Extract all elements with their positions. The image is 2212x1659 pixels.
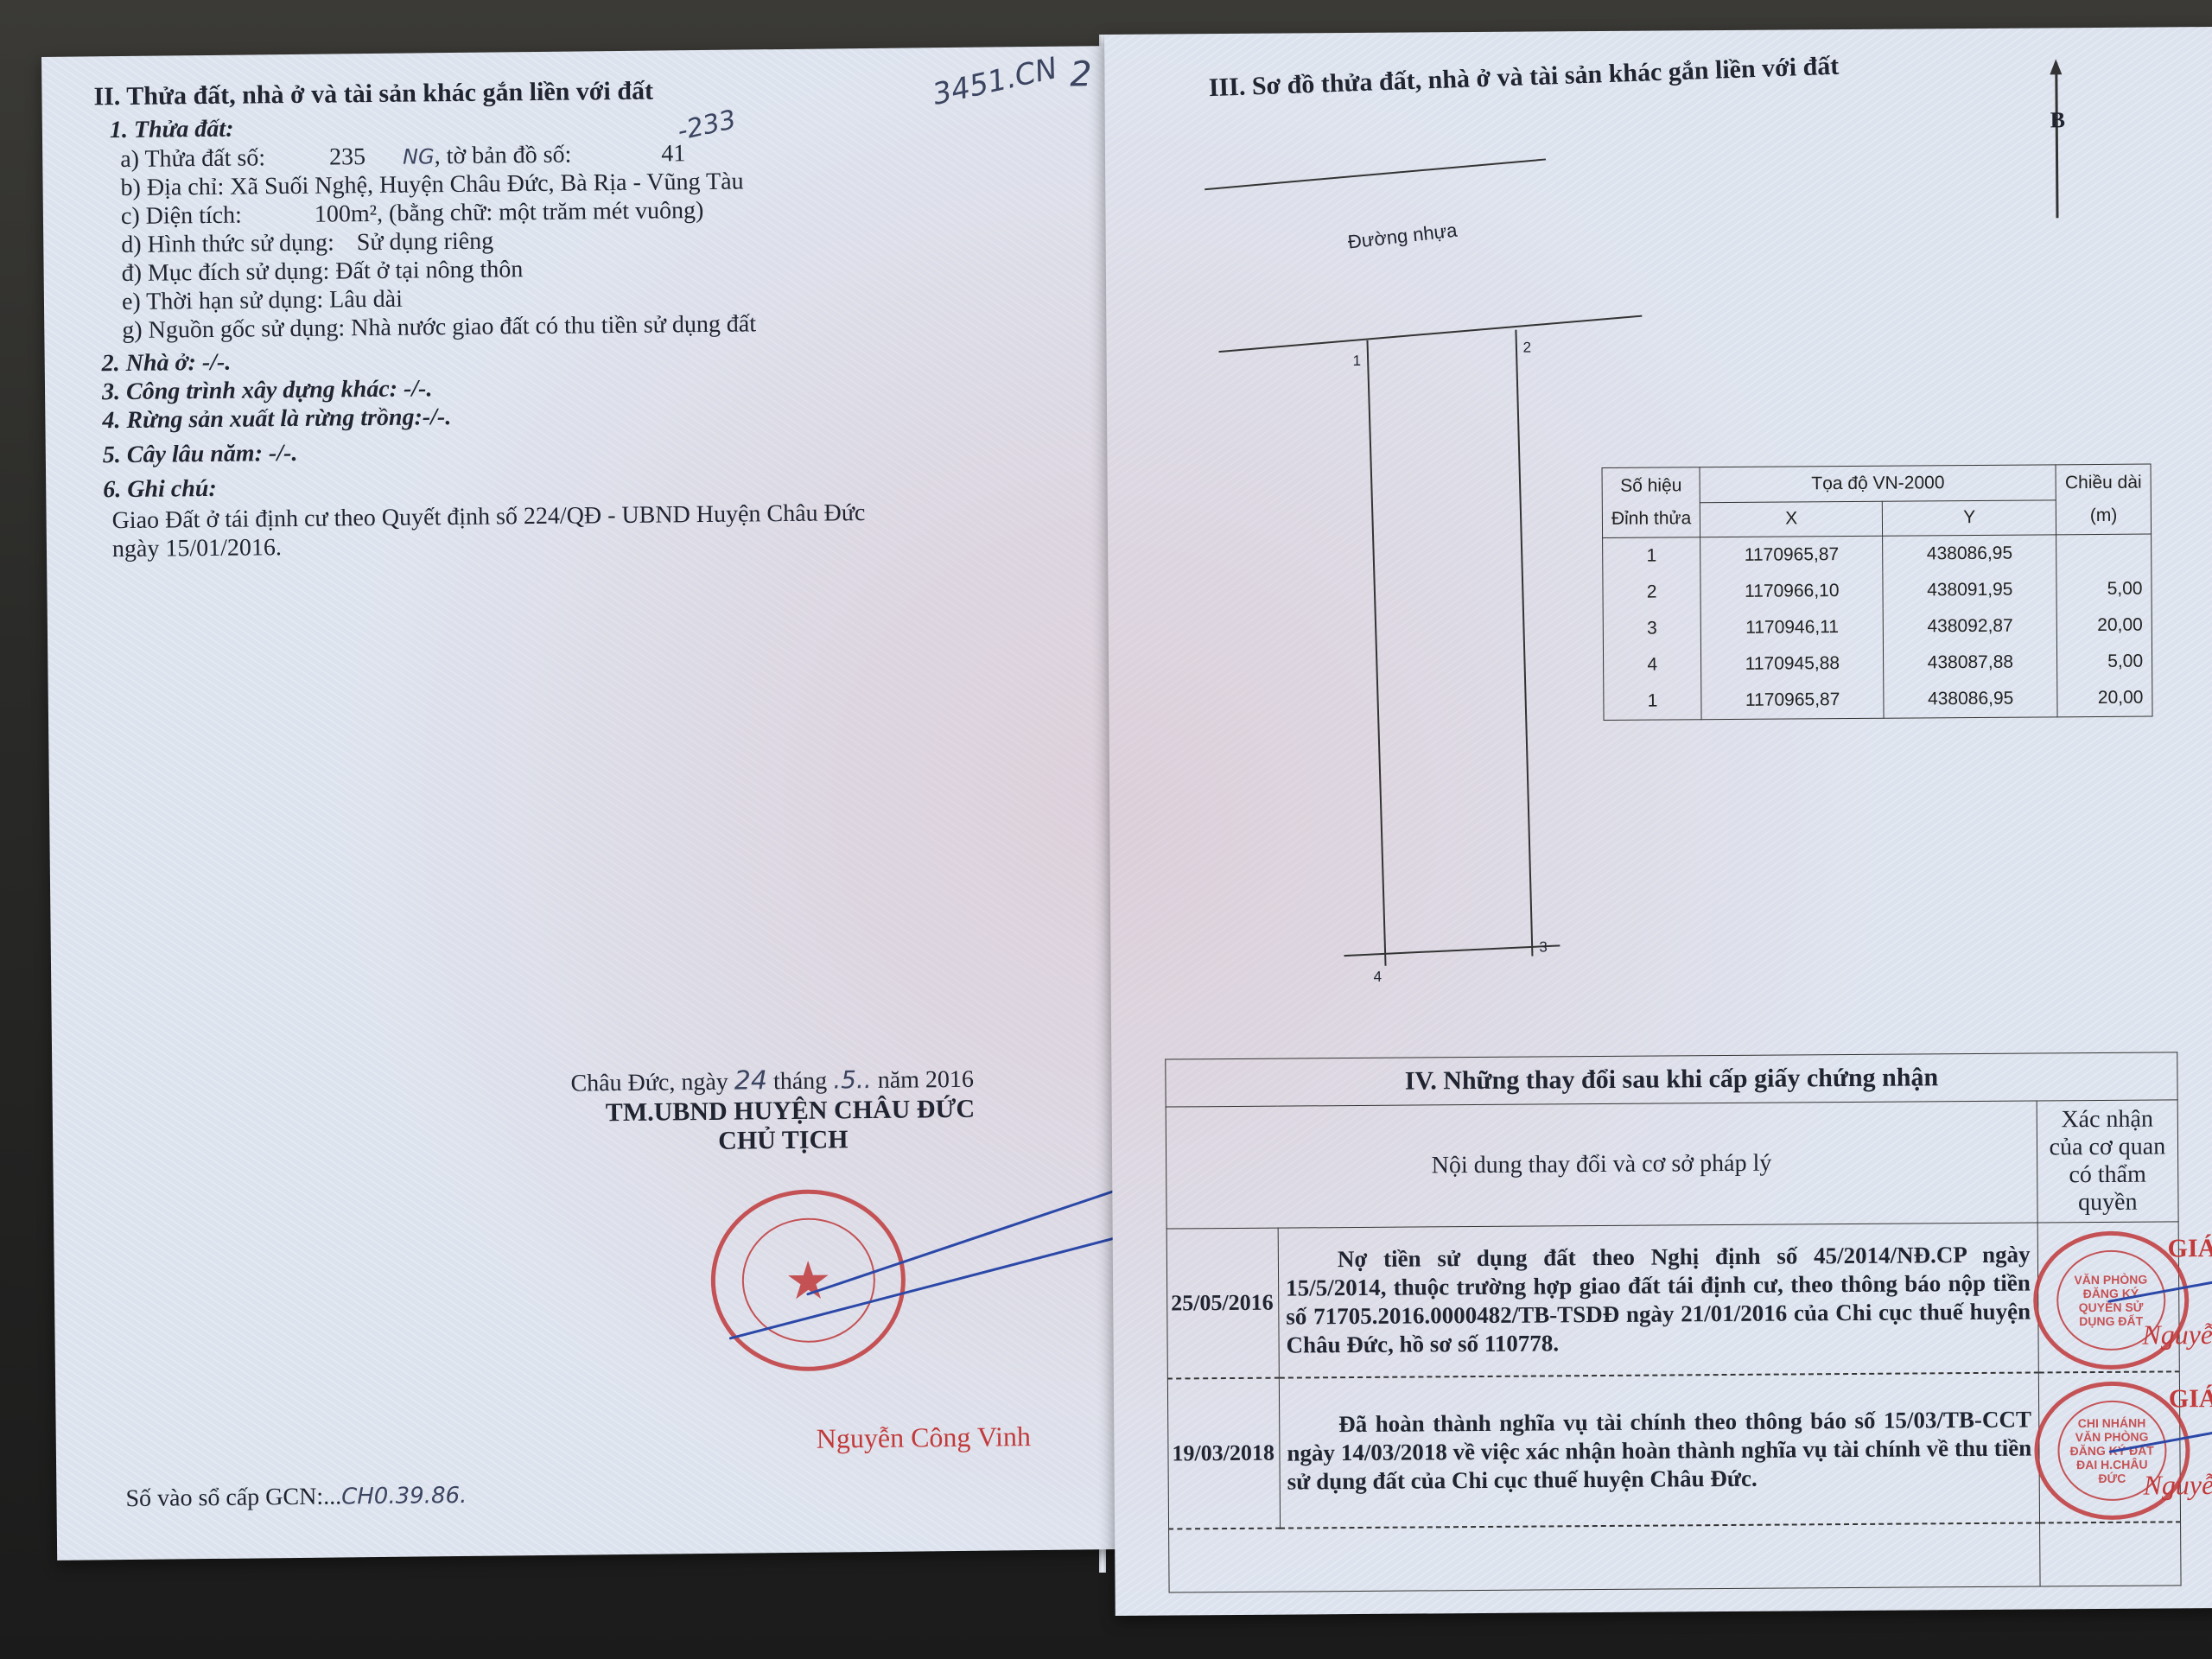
col-vertex-id-line1: Số hiệu: [1611, 469, 1692, 503]
coordinate-row: 21170966,10438091,955,00: [1603, 571, 2152, 611]
confirm-title: GIÁM ĐỐC: [2167, 1233, 2212, 1263]
coordinate-row: 41170945,88438087,885,00: [1603, 644, 2152, 683]
col-length: Chiều dài (m): [2056, 464, 2151, 535]
usage-form-value: Sử dụng riêng: [357, 228, 494, 257]
coordinate-row: 11170965,87438086,9520,00: [1604, 680, 2152, 721]
usage-origin-value: Nhà nước giao đất có thu tiền sử dụng đấ…: [351, 310, 756, 341]
vertex-id-cell: 4: [1603, 646, 1701, 683]
notes-line-1: Giao Đất ở tái định cư theo Quyết định s…: [111, 499, 865, 535]
signer-title: CHỦ TỊCH: [718, 1125, 849, 1156]
coordinate-row: 31170946,11438092,8720,00: [1603, 607, 2152, 647]
col-vertex-id: Số hiệu Đỉnh thửa: [1602, 467, 1700, 538]
confirm-title: GIÁM ĐỐC: [2169, 1383, 2212, 1414]
usage-origin-label: g) Nguồn gốc sử dụng:: [122, 315, 345, 344]
vertex-id-cell: 2: [1603, 574, 1701, 611]
vertex-1-label: 1: [1353, 353, 1362, 370]
change-description: Đã hoàn thành nghĩa vụ tài chính theo th…: [1279, 1372, 2039, 1528]
registry-number: Số vào sổ cấp GCN:...CH0.39.86.: [125, 1482, 467, 1513]
usage-term-row: e) Thời hạn sử dụng: Lâu dài: [122, 286, 403, 316]
map-sheet-label: , tờ bản đồ số:: [434, 142, 571, 170]
changes-table: IV. Những thay đổi sau khi cấp giấy chứn…: [1165, 1052, 2181, 1592]
length-cell: 20,00: [2056, 607, 2152, 645]
vertex-2-label: 2: [1522, 340, 1531, 357]
map-sheet-handwritten: -233: [675, 105, 739, 147]
address-value: Xã Suối Nghệ, Huyện Châu Đức, Bà Rịa - V…: [230, 168, 744, 200]
certificate-right-page: III. Sơ đồ thửa đất, nhà ở và tài sản kh…: [1104, 27, 2212, 1616]
parcel-number-handwritten: NG: [403, 144, 435, 168]
usage-purpose-row: đ) Mục đích sử dụng: Đất ở tại nông thôn: [121, 256, 523, 288]
house-item: 2. Nhà ở: -/-.: [102, 349, 232, 378]
vertex-3-label: 3: [1539, 938, 1548, 956]
change-date: 19/03/2018: [1167, 1378, 1280, 1529]
planted-forest-item: 4. Rừng sản xuất là rừng trồng:-/-.: [102, 404, 451, 435]
section-ii-title: II. Thửa đất, nhà ở và tài sản khác gắn …: [93, 77, 653, 112]
perennial-trees-item: 5. Cây lâu năm: -/-.: [103, 440, 298, 469]
changes-title: IV. Những thay đổi sau khi cấp giấy chứn…: [1166, 1052, 2177, 1107]
signer-name: Nguyễn Công Vinh: [817, 1421, 1032, 1455]
other-construction-item: 3. Công trình xây dựng khác: -/-.: [102, 375, 433, 406]
x-cell: 1170946,11: [1700, 609, 1883, 646]
vertex-id-cell: 1: [1604, 683, 1702, 720]
y-cell: 438092,87: [1883, 607, 2056, 645]
y-cell: 438086,95: [1883, 535, 2056, 573]
place-date-prefix: Châu Đức, ngày: [570, 1069, 728, 1097]
notes-line-2: ngày 15/01/2016.: [112, 534, 282, 563]
coordinate-table: Số hiệu Đỉnh thửa Tọa độ VN-2000 Chiều d…: [1602, 464, 2153, 721]
change-entry-row: 25/05/2016Nợ tiền sử dụng đất theo Nghị …: [1166, 1222, 2179, 1379]
vertex-id-cell: 1: [1603, 537, 1701, 575]
signing-year: năm 2016: [878, 1066, 975, 1094]
notes-heading: 6. Ghi chú:: [103, 475, 217, 504]
usage-purpose-label: đ) Mục đích sử dụng:: [121, 258, 329, 288]
star-emblem-icon: ★: [741, 1217, 875, 1344]
x-cell: 1170945,88: [1701, 645, 1884, 683]
length-cell: 20,00: [2057, 680, 2152, 717]
confirm-signer: Nguyễn Văn Quý: [2142, 1318, 2212, 1351]
signing-month: .5..: [833, 1065, 872, 1094]
col-vertex-id-line2: Đỉnh thửa: [1611, 502, 1692, 536]
usage-term-label: e) Thời hạn sử dụng:: [122, 287, 324, 315]
col-authority-confirmation: Xác nhận của cơ quan có thẩm quyền: [2037, 1100, 2178, 1223]
vertex-4-label: 4: [1374, 969, 1382, 986]
parcel-heading: 1. Thửa đất:: [110, 116, 234, 145]
registry-label: Số vào sổ cấp GCN:...: [125, 1483, 341, 1512]
vertex-id-cell: 3: [1603, 610, 1701, 647]
registry-value: CH0.39.86.: [341, 1483, 467, 1510]
area-row: c) Diện tích: 100m², (bằng chữ: một trăm…: [121, 197, 704, 231]
usage-term-value: Lâu dài: [329, 286, 403, 314]
handwritten-note-number: 2: [1070, 54, 1092, 94]
x-cell: 1170965,87: [1701, 682, 1884, 720]
y-cell: 438087,88: [1884, 644, 2057, 681]
y-cell: 438086,95: [1884, 680, 2057, 718]
coordinate-row: 11170965,87438086,95: [1603, 534, 2152, 575]
usage-form-label: d) Hình thức sử dụng:: [121, 229, 334, 258]
parcel-number-label: a) Thửa đất số:: [120, 144, 265, 173]
col-x: X: [1700, 501, 1883, 537]
area-label: c) Diện tích:: [121, 202, 242, 230]
col-length-line1: Chiều dài: [2065, 467, 2142, 500]
length-cell: [2056, 534, 2152, 571]
usage-form-row: d) Hình thức sử dụng: Sử dụng riêng: [121, 228, 493, 260]
area-value: 100m², (bằng chữ: một trăm mét vuông): [315, 197, 704, 228]
col-change-content: Nội dung thay đổi và cơ sở pháp lý: [1166, 1101, 2037, 1229]
col-y: Y: [1883, 499, 2056, 536]
certificate-left-page: II. Thửa đất, nhà ở và tài sản khác gắn …: [41, 46, 1120, 1560]
issuing-authority: TM.UBND HUYỆN CHÂU ĐỨC: [606, 1095, 976, 1128]
usage-origin-row: g) Nguồn gốc sử dụng: Nhà nước giao đất …: [122, 310, 756, 345]
handwritten-note-code: 3451.CN: [930, 51, 1061, 112]
change-date: 25/05/2016: [1166, 1228, 1279, 1378]
change-description: Nợ tiền sử dụng đất theo Nghị định số 45…: [1278, 1223, 2038, 1378]
address-label: b) Địa chỉ:: [120, 174, 224, 201]
authority-confirmation-cell: VĂN PHÒNG ĐĂNG KÝ QUYỀN SỬ DỤNG ĐẤTGIÁM …: [2037, 1222, 2179, 1373]
length-cell: 5,00: [2057, 644, 2152, 681]
change-entry-row: 19/03/2018Đã hoàn thành nghĩa vụ tài chí…: [1167, 1371, 2180, 1529]
x-cell: 1170965,87: [1700, 536, 1883, 574]
month-label: tháng: [773, 1068, 828, 1096]
authority-confirmation-cell: CHI NHÁNH VĂN PHÒNG ĐĂNG KÝ ĐẤT ĐAI H.CH…: [2038, 1371, 2180, 1522]
length-cell: 5,00: [2056, 571, 2152, 608]
x-cell: 1170966,10: [1700, 573, 1883, 610]
signing-day: 24: [734, 1065, 768, 1096]
col-coordinates: Tọa độ VN-2000: [1700, 465, 2056, 502]
official-seal-stamp: ★: [710, 1189, 906, 1372]
y-cell: 438091,95: [1883, 571, 2056, 608]
parcel-number-value: 235: [329, 143, 365, 170]
confirm-signer: Nguyễn Văn Quý: [2143, 1468, 2212, 1502]
col-length-line2: (m): [2065, 499, 2142, 533]
usage-purpose-value: Đất ở tại nông thôn: [335, 256, 523, 284]
signing-place-date: Châu Đức, ngày 24 tháng .5.. năm 2016: [570, 1064, 974, 1098]
